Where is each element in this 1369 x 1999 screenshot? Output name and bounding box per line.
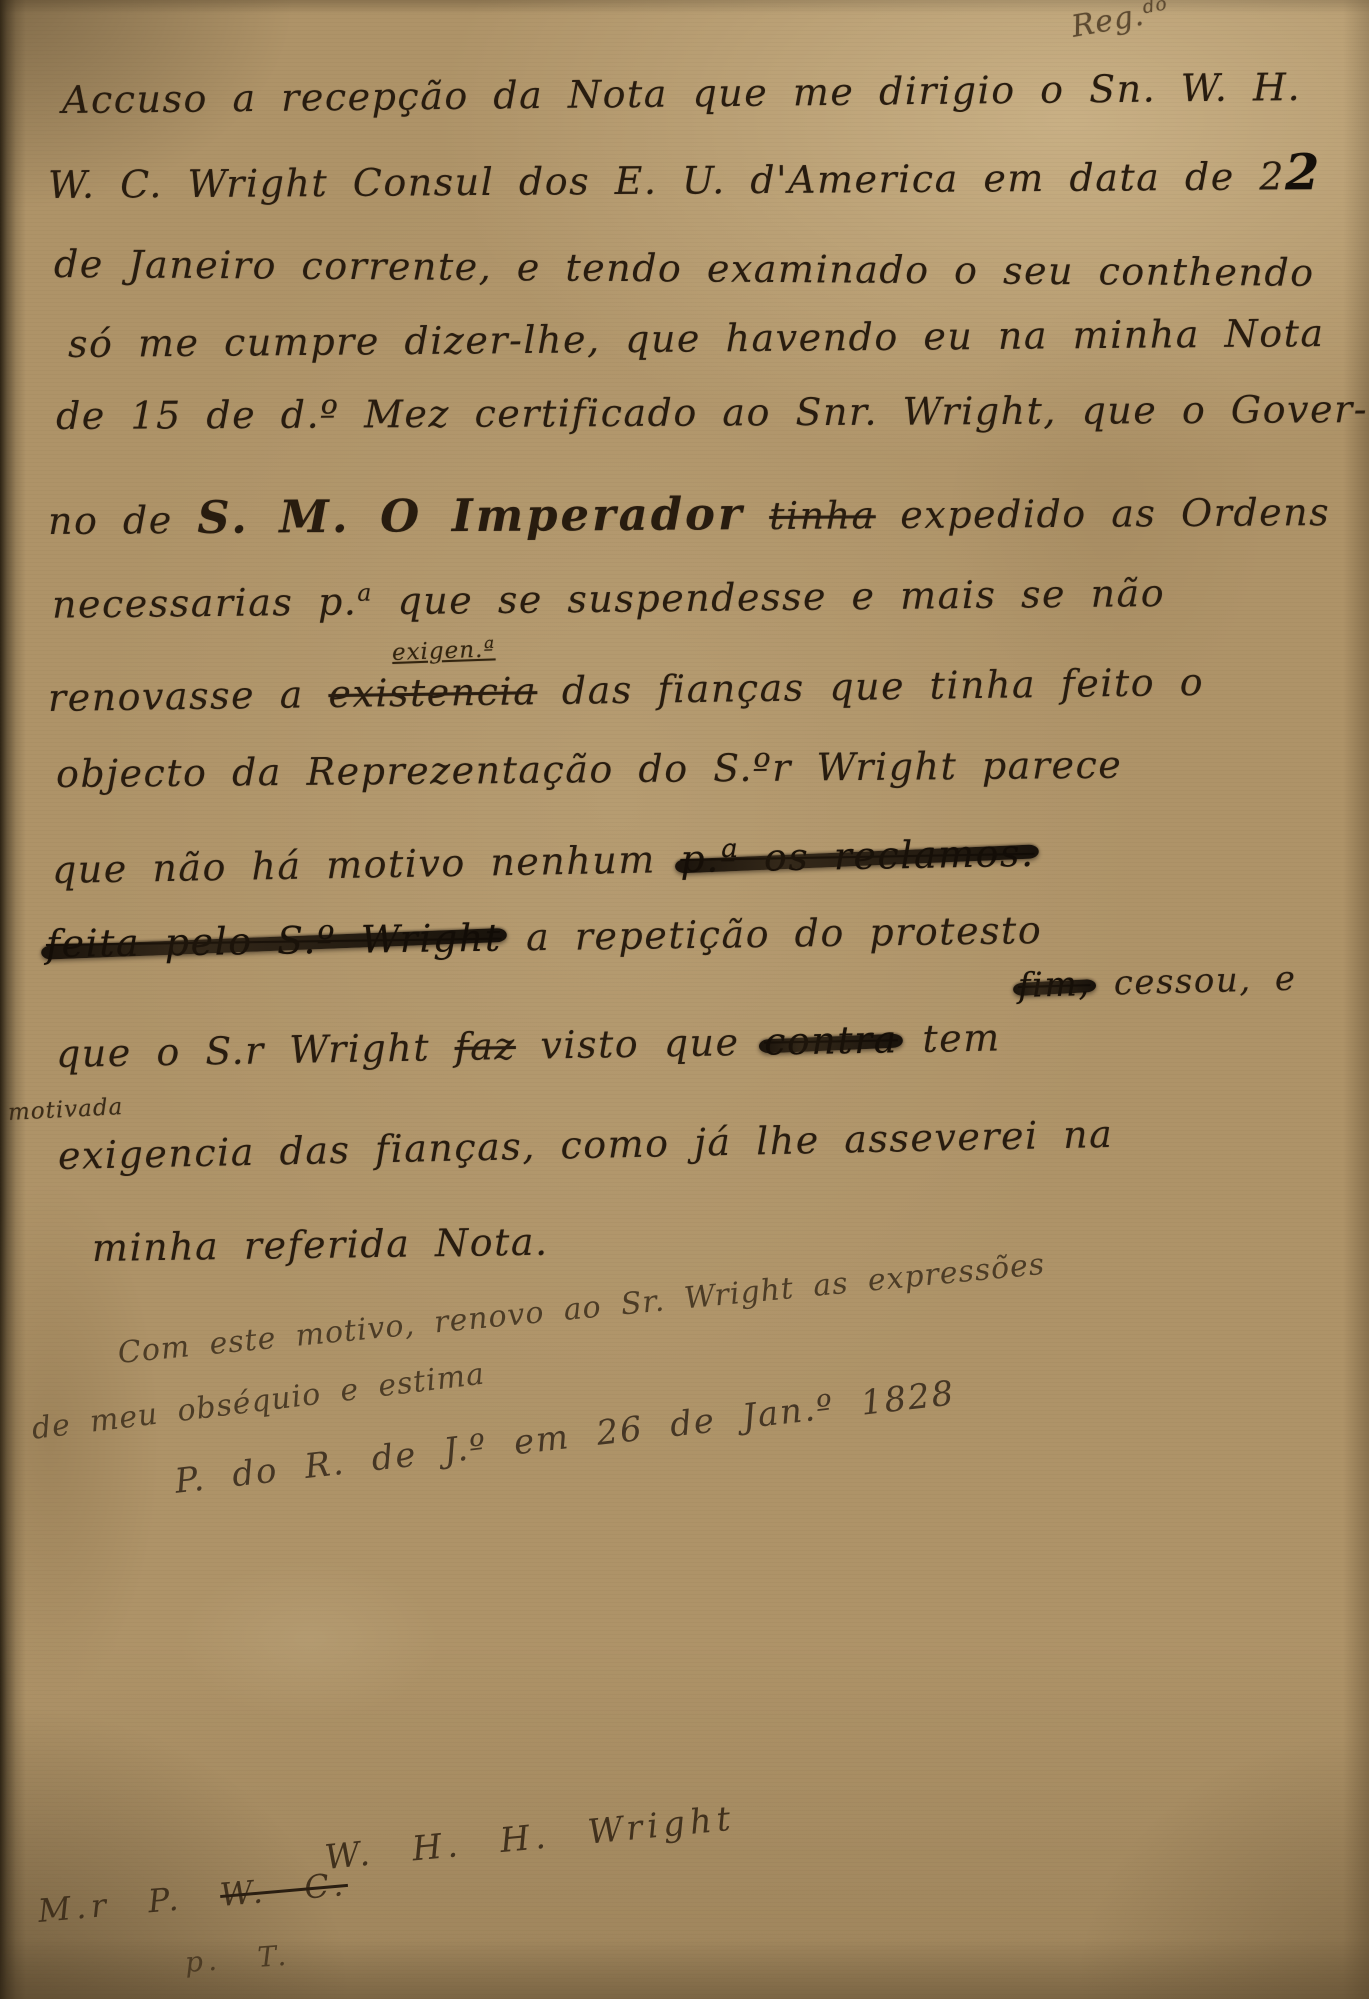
manuscript-line-3: de Janeiro corrente, e tendo examinado o… [54, 242, 1315, 295]
addressee-prefix-text: M.r P. [36, 1876, 221, 1930]
blotted-struck-text: contra [764, 1017, 898, 1063]
emphasized-text: S. M. O Imperador [197, 487, 745, 544]
manuscript-line-8: renovasse a existencia das fianças que t… [48, 660, 1205, 720]
manuscript-line-14: exigencia das fianças, como já lhe assev… [58, 1112, 1114, 1178]
line-text: necessarias p. [52, 579, 358, 626]
registry-mark-superscript: do [1141, 0, 1169, 18]
registry-mark-text: Reg. [1069, 0, 1147, 45]
flourish-text: p. T. [184, 1939, 292, 1979]
line-text: renovasse a [48, 672, 329, 720]
manuscript-line-5: de 15 de d.º Mez certificado ao Snr. Wri… [56, 387, 1368, 438]
line-text: de 15 de d.º Mez certificado ao Snr. Wri… [56, 387, 1368, 438]
line-text: que o S.r Wright [56, 1025, 455, 1076]
manuscript-line-15: minha referida Nota. [92, 1220, 549, 1270]
addressee-name-text: W. H. H. Wright [323, 1799, 737, 1878]
manuscript-line-4: só me cumpre dizer-lhe, que havendo eu n… [68, 311, 1325, 366]
line-text: exigencia das fianças, como já lhe assev… [58, 1112, 1114, 1178]
manuscript-line-9: objecto da Reprezentação do S.ºr Wright … [56, 743, 1123, 796]
registry-mark: Reg.do [1069, 0, 1172, 45]
manuscript-line-6: no de S. M. O Imperador tinha expedido a… [48, 483, 1330, 545]
addressee-name: W. H. H. Wright [323, 1799, 737, 1878]
line-text: a repetição do protesto [501, 908, 1042, 960]
manuscript-line-11: feita pelo S.º Wright a repetição do pro… [46, 908, 1043, 966]
blotted-struck-text: fim, [1017, 964, 1091, 1006]
line-text: visto que [515, 1020, 764, 1068]
blotted-struck-text: p.ª os reclamos. [680, 831, 1035, 881]
manuscript-line-2: W. C. Wright Consul dos E. U. d'America … [48, 143, 1321, 210]
line-text: de Janeiro corrente, e tendo examinado o… [54, 242, 1315, 295]
struck-text: W. C. [218, 1865, 349, 1914]
struck-text: faz [454, 1024, 516, 1069]
line-text: só me cumpre dizer-lhe, que havendo eu n… [68, 311, 1325, 366]
insertion-text: exigen.ª [392, 636, 496, 666]
struck-text: existencia [328, 669, 538, 716]
line-text: Accuso a recepção da Nota que me dirigio… [62, 65, 1302, 122]
line-text: expedido as Ordens [876, 490, 1331, 537]
line-text: cessou, e [1090, 959, 1297, 1004]
blotted-struck-text: feita pelo S.º Wright [46, 916, 502, 966]
manuscript-line-10: que não há motivo nenhum p.ª os reclamos… [52, 831, 1035, 892]
interlinear-insertion: exigen.ª [392, 636, 496, 666]
line-text: das fianças que tinha feito o [537, 660, 1204, 713]
struck-text: tinha [769, 493, 876, 538]
manuscript-page: Reg.do Accuso a recepção da Nota que me … [0, 0, 1369, 1999]
manuscript-line-12: fim, cessou, e [1017, 959, 1296, 1006]
overwritten-numeral: 2 [1285, 143, 1321, 201]
margin-note: motivada [7, 1094, 124, 1126]
manuscript-line-7: necessarias p.a que se suspendesse e mai… [52, 570, 1166, 626]
line-text: tem [897, 1016, 1001, 1062]
addressee-prefix: M.r P. W. C. [36, 1865, 349, 1930]
signature-flourish: p. T. [184, 1939, 292, 1979]
line-text: minha referida Nota. [92, 1220, 549, 1270]
line-text: W. C. Wright Consul dos E. U. d'America … [48, 154, 1285, 207]
line-text: que se suspendesse e mais se não [373, 571, 1166, 623]
manuscript-line-13: que o S.r Wright faz visto que contra te… [56, 1016, 1001, 1076]
line-text: no de [48, 498, 198, 543]
line-text: objecto da Reprezentação do S.ºr Wright … [56, 743, 1123, 796]
superscript-text: a [357, 579, 373, 607]
manuscript-line-1: Accuso a recepção da Nota que me dirigio… [62, 65, 1302, 122]
line-text: que não há motivo nenhum [52, 837, 681, 892]
margin-note-text: motivada [7, 1094, 124, 1126]
paper-stain [180, 1560, 440, 1720]
